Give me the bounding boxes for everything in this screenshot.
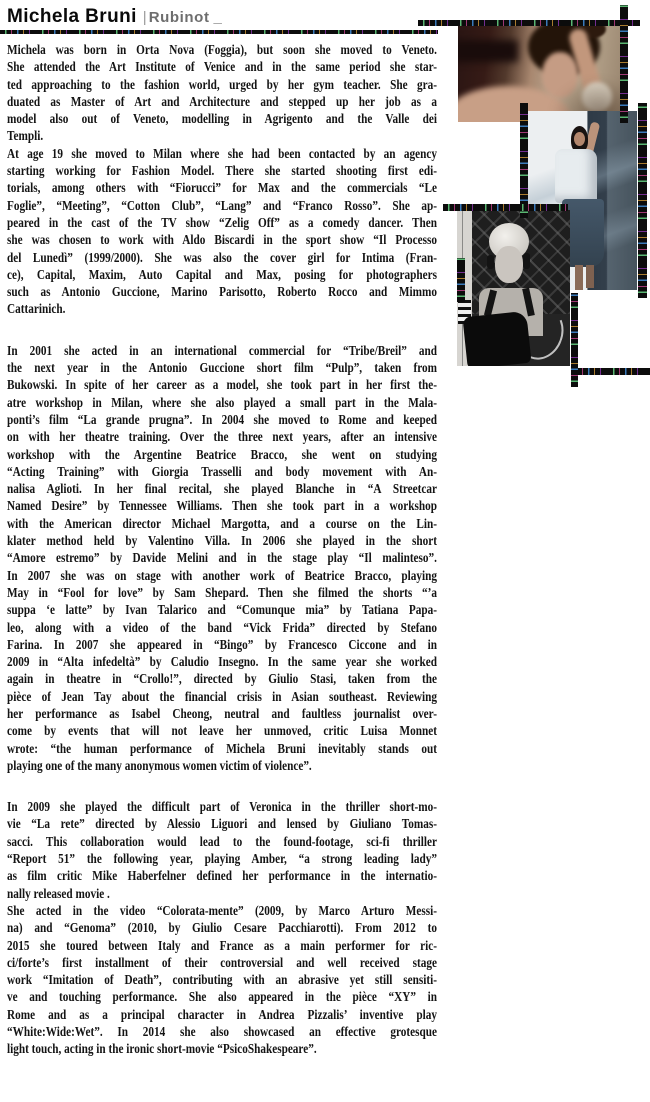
bio-line: model also out of Veneto, modelling in A…: [7, 110, 437, 127]
agency-name: Rubinot: [149, 9, 210, 26]
bio-line: “Amore estremo” by Davide Melini and in …: [7, 549, 437, 566]
bio-line: leo, along with a video of the band “Vic…: [7, 619, 437, 636]
bio-line: ted approaching to the fashion world, ur…: [7, 76, 437, 93]
bio-line: ve and touching performance. She also ap…: [7, 988, 437, 1005]
photo3-headphone-shape: [523, 253, 530, 269]
bio-line: ponti’s film “La grande prugna”. In 2004…: [7, 411, 437, 428]
bio-text: Michela was born in Orta Nova (Foggia), …: [7, 41, 437, 1058]
header-underline-strip: [0, 30, 438, 34]
bio-line: pièce of Jean Tay about the financial cr…: [7, 688, 437, 705]
header-underscore: _: [214, 9, 222, 26]
bio-line: light touch, acting in the ironic short-…: [7, 1040, 437, 1057]
photo2-shirt-shape: [555, 149, 597, 203]
bio-line: Michela was born in Orta Nova (Foggia), …: [7, 41, 437, 58]
bio-line: torials, among others with “Fiorucci” fo…: [7, 179, 437, 196]
bio-paragraph: At age 19 she moved to Milan where she h…: [7, 145, 437, 318]
bio-line: Named Desire” by Tennessee Williams. The…: [7, 497, 437, 514]
bio-line: na) and “Genoma” (2010, by Giulio Cesare…: [7, 919, 437, 936]
bio-line: her performance as Isabel Cheong, neutra…: [7, 705, 437, 722]
bio-page: Michela Bruni|Rubinot_ Michela was born …: [0, 0, 650, 1102]
bio-line: workshop with the Argentine Beatrice Bra…: [7, 446, 437, 463]
header-separator: |: [143, 9, 147, 26]
bio-line: ci/forte’s first installment of their co…: [7, 954, 437, 971]
photo2-leg-shape: [586, 265, 594, 288]
bio-line: In 2009 she played the difficult part of…: [7, 798, 437, 815]
bio-line: she was chosen to work with Aldo Biscard…: [7, 231, 437, 248]
page-header: Michela Bruni|Rubinot_: [7, 6, 222, 28]
bio-line: She attended the Art Institute of Venice…: [7, 58, 437, 75]
bio-line: again in theatre in “Crollo!”, directed …: [7, 670, 437, 687]
bio-line: playing one of the many anonymous women …: [7, 757, 437, 774]
film-strip-bottom: [571, 368, 650, 375]
bio-line: duated as Master of Art and Architecture…: [7, 93, 437, 110]
bio-line: as film critic Mike Haberfelner defined …: [7, 867, 437, 884]
bio-line: wrote: “the human performance of Michela…: [7, 740, 437, 757]
bio-line: Bukowski. In spite of her career as a mo…: [7, 376, 437, 393]
bio-line: nally released movie .: [7, 885, 437, 902]
photo-portrait-warm: [458, 26, 625, 122]
film-strip-photo1-right: [620, 5, 628, 123]
film-strip-photo3-left: [457, 258, 465, 302]
photo1-background-shape: [458, 40, 518, 62]
bio-line: At age 19 she moved to Milan where she h…: [7, 145, 437, 162]
bio-line: She acted in the video “Colorata-mente” …: [7, 902, 437, 919]
bio-line: In 2007 she was on stage with another wo…: [7, 567, 437, 584]
bio-line: Farina. In 2007 she appeared in “Bingo” …: [7, 636, 437, 653]
bio-line: such as Antonio Guccione, Marino Parisot…: [7, 283, 437, 300]
photo3-microphone-shape: [462, 311, 531, 366]
bio-line: the next year in the Antonio Guccione sh…: [7, 359, 437, 376]
bio-line: 2015 she toured between Italy and France…: [7, 937, 437, 954]
bio-line: Cattarinich.: [7, 300, 437, 317]
photo-studio-bw: [457, 210, 570, 366]
film-strip-bottom-vertical: [571, 293, 578, 387]
bio-line: sacci. This collaboration would lead to …: [7, 833, 437, 850]
bio-line: vie “La rete” directed by Alessio Liguor…: [7, 815, 437, 832]
bio-line: “Report 51” the following year, playing …: [7, 850, 437, 867]
photo3-face-shape: [495, 246, 523, 283]
bio-line: ce), Capital, Maxim, Auto Capital and Ma…: [7, 266, 437, 283]
bio-paragraph: In 2009 she played the difficult part of…: [7, 798, 437, 902]
bio-paragraph: Michela was born in Orta Nova (Foggia), …: [7, 41, 437, 145]
bio-line: “Acting Training” with Giorgia Trasselli…: [7, 463, 437, 480]
bio-line: In 2001 she acted in an international co…: [7, 342, 437, 359]
film-strip-top: [418, 20, 640, 26]
photo2-face-shape: [574, 132, 585, 146]
bio-line: with the American director Michael Margo…: [7, 515, 437, 532]
bio-line: atre workshop in Milan, where she also p…: [7, 394, 437, 411]
film-strip-photo2-left: [520, 103, 528, 218]
photo3-headphone-shape: [487, 255, 494, 269]
film-strip-photo2-right: [638, 103, 647, 298]
bio-paragraph: In 2001 she acted in an international co…: [7, 342, 437, 774]
bio-line: Foglie”, “Meeting”, “Cotton Club”, “Lang…: [7, 197, 437, 214]
bio-line: work “Imitation of Death”, contributing …: [7, 971, 437, 988]
bio-line: suppa ‘e latte” by Ivan Talarico and “Co…: [7, 601, 437, 618]
bio-line: starting working for Fashion Model. Ther…: [7, 162, 437, 179]
bio-line: peared in the cast of the TV show “Zelig…: [7, 214, 437, 231]
bio-line: del Lunedì” (1999/2000). She was also th…: [7, 249, 437, 266]
bio-line: Rome and as a principal character in And…: [7, 1006, 437, 1023]
bio-line: klater method held by Valentino Villa. I…: [7, 532, 437, 549]
bio-line: Templi.: [7, 127, 437, 144]
person-name: Michela Bruni: [7, 6, 137, 27]
bio-line: nalisa Aglioti. In her final recital, sh…: [7, 480, 437, 497]
bio-line: come by events that will not leave her u…: [7, 722, 437, 739]
bio-line: on with her theatre training. Over the t…: [7, 428, 437, 445]
film-strip-photo3-top: [443, 204, 568, 211]
bio-line: May in “Fool for love” by Sam Shepard. T…: [7, 584, 437, 601]
bio-line: 2009 in “Alta infedeltà” by Caludio Inse…: [7, 653, 437, 670]
photo2-leg-shape: [575, 265, 583, 290]
bio-line: “White:Wide:Wet”. In 2014 she also showc…: [7, 1023, 437, 1040]
bio-paragraph: She acted in the video “Colorata-mente” …: [7, 902, 437, 1058]
